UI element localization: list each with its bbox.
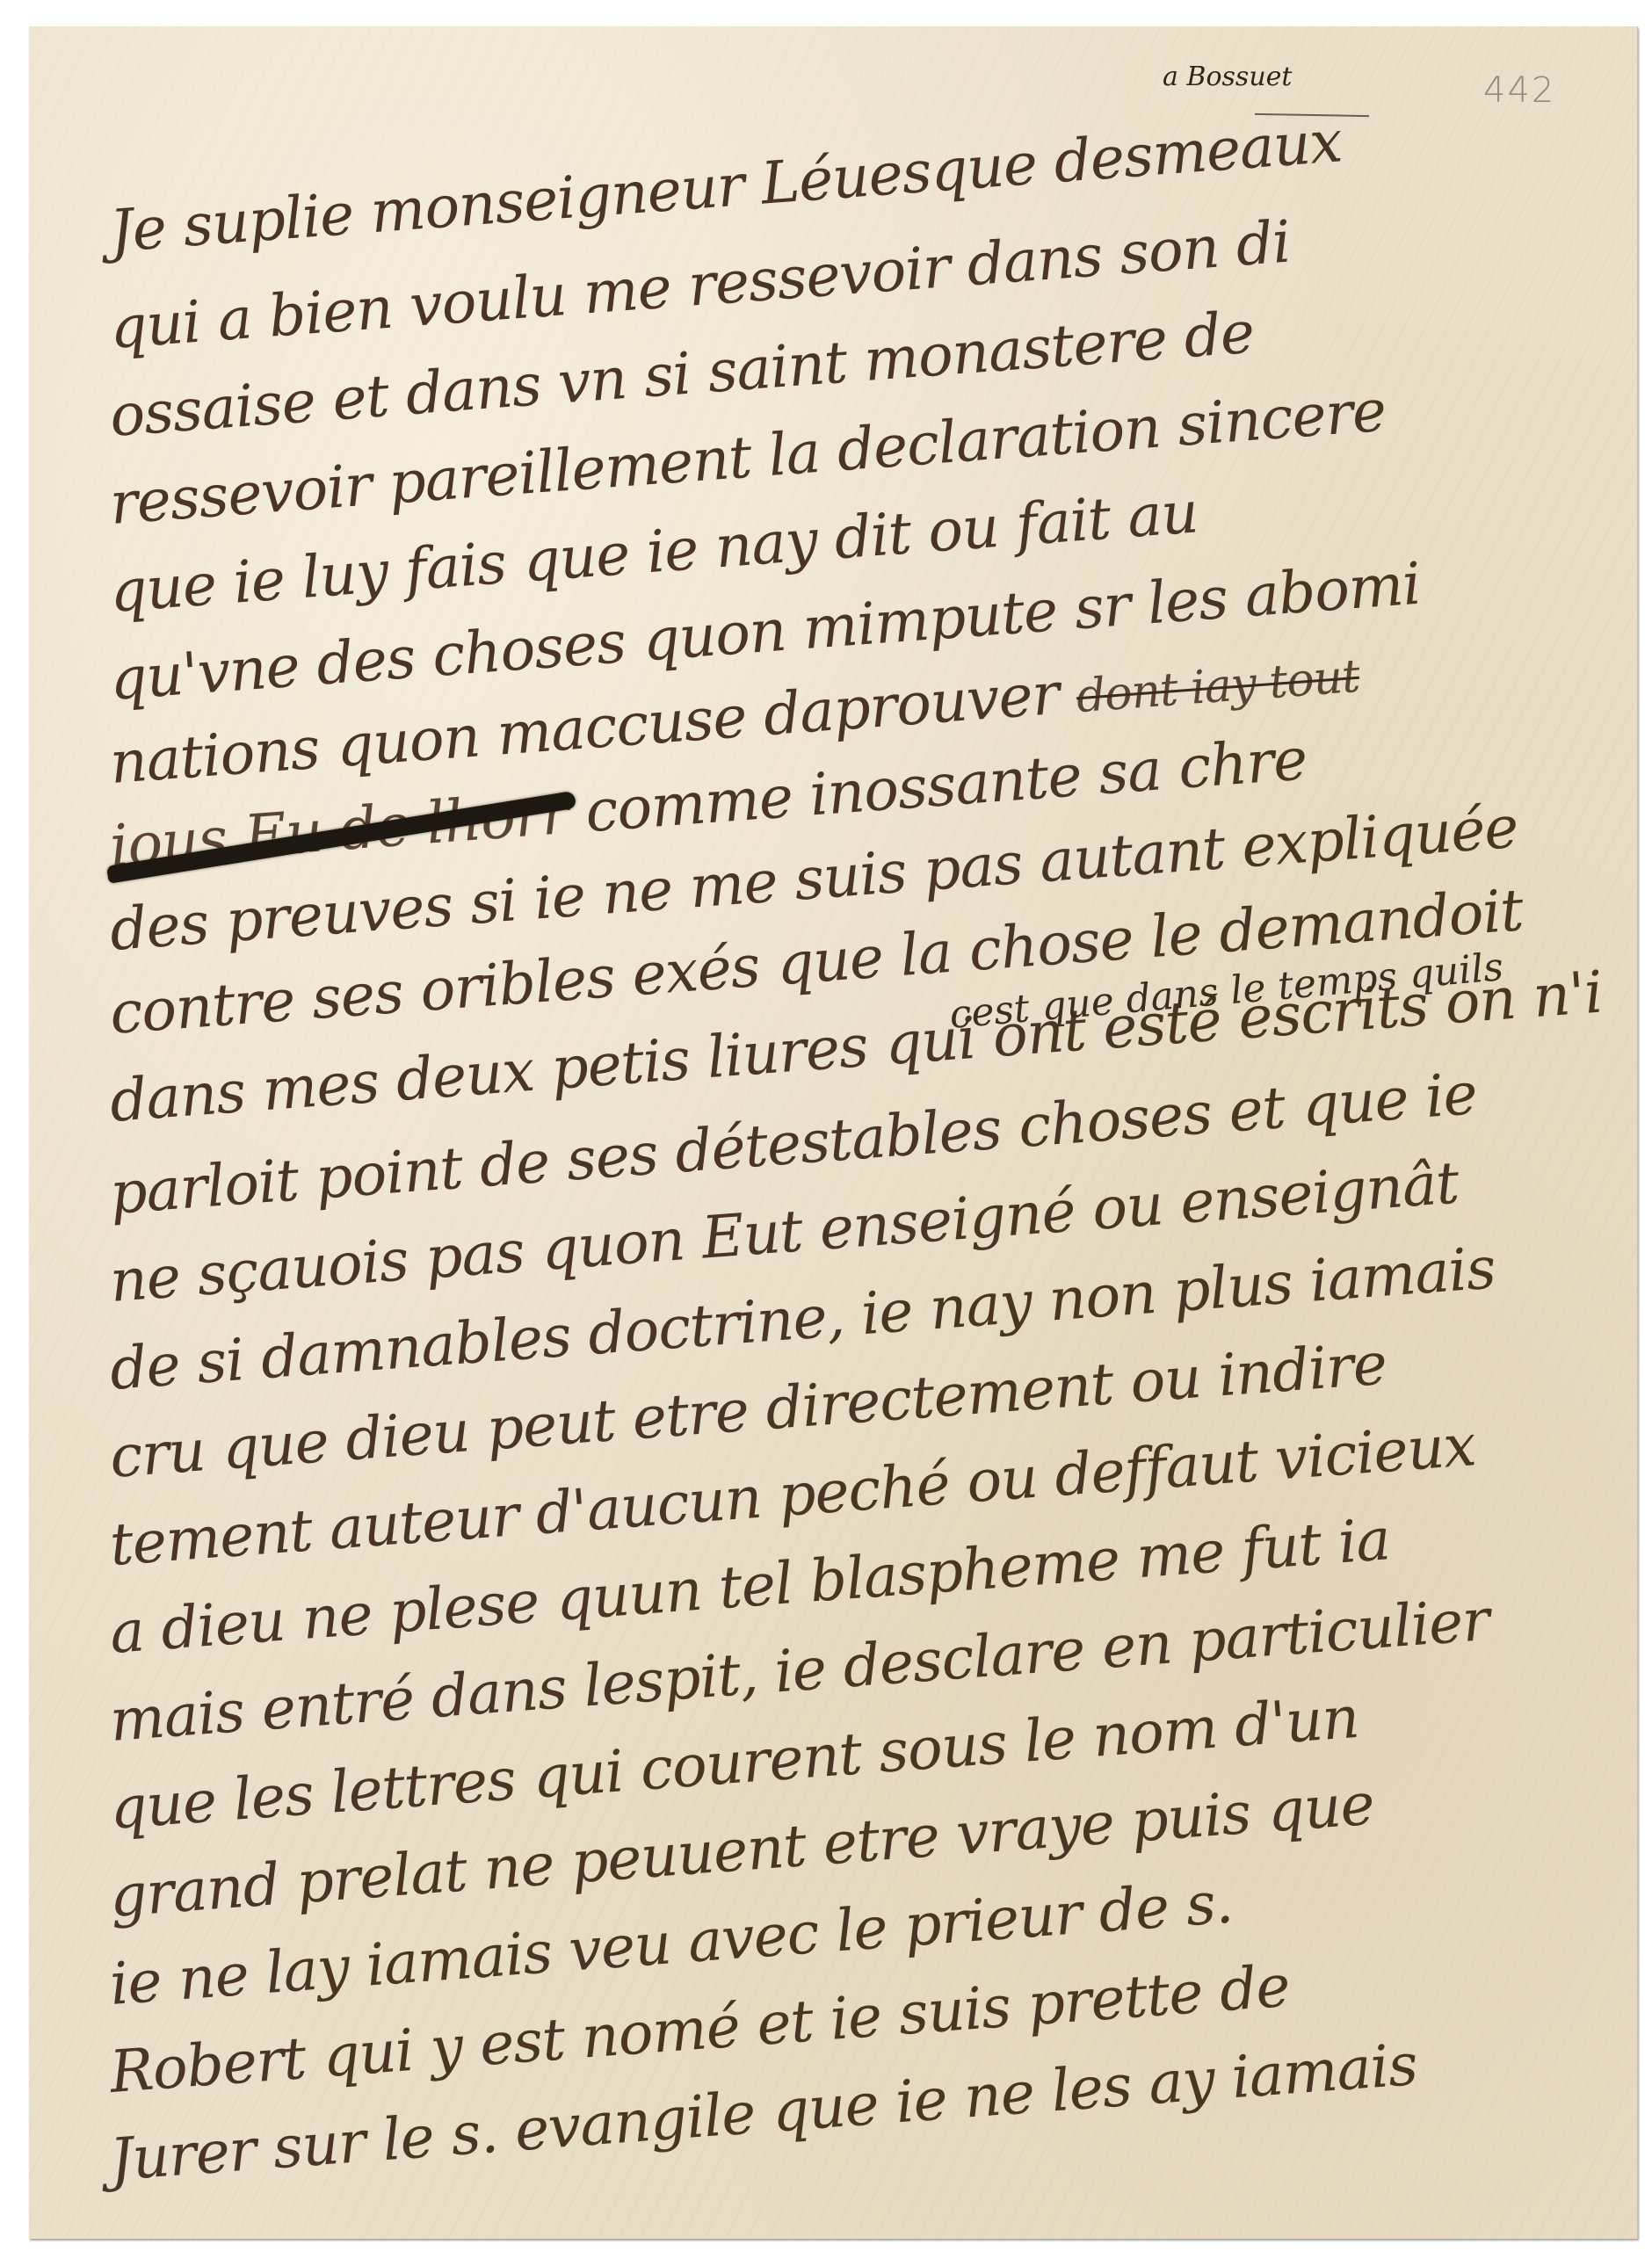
letter-body: Je suplie monseigneur Léuesque desmeaux … (29, 26, 1637, 2239)
ink-blot-deletion: ious Eu de lhorr (107, 779, 570, 880)
manuscript-page: a Bossuet 442 Je suplie monseigneur Léue… (29, 26, 1638, 2239)
struck-through-text: dont iay tout (1075, 650, 1361, 723)
